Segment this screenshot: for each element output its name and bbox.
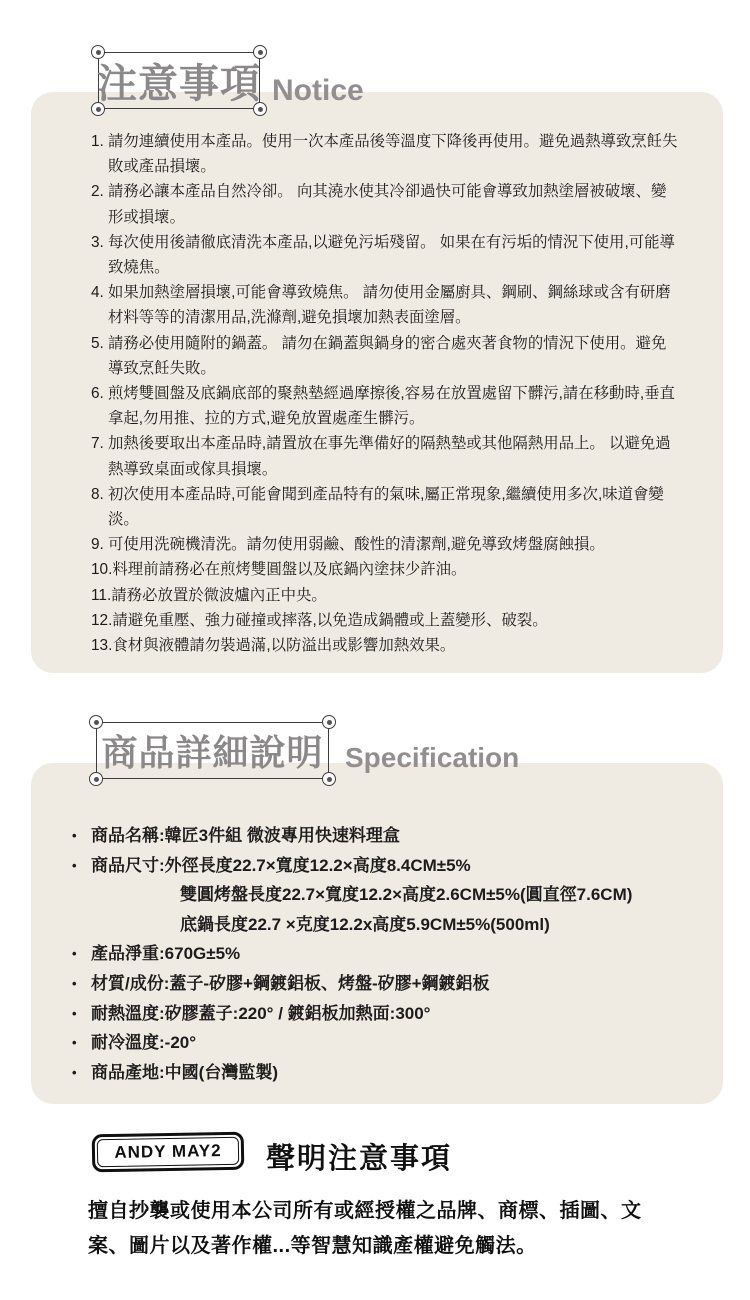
notice-item-text: 請務必放置於微波爐內正中央。 <box>111 583 679 608</box>
notice-item-number: 9. <box>91 532 108 557</box>
spec-line-text: 材質/成份:蓋子-矽膠+鋼鍍鋁板、烤盤-矽膠+鋼鍍鋁板 <box>91 969 682 999</box>
notice-item-number: 11. <box>91 583 111 608</box>
notice-item-text: 料理前請務必在煎烤雙圓盤以及底鍋內塗抹少許油。 <box>112 557 679 582</box>
notice-item-text: 可使用洗碗機清洗。請勿使用弱鹼、酸性的清潔劑,避免導致烤盤腐蝕損。 <box>108 532 679 557</box>
spec-line: •材質/成份:蓋子-矽膠+鋼鍍鋁板、烤盤-矽膠+鋼鍍鋁板 <box>72 969 682 999</box>
notice-item: 8.初次使用本產品時,可能會聞到產品特有的氣味,屬正常現象,繼續使用多次,味道會… <box>91 482 679 532</box>
notice-item-text: 煎烤雙圓盤及底鍋底部的聚熱墊經過摩擦後,容易在放置處留下髒污,請在移動時,垂直拿… <box>108 381 679 431</box>
notice-item-text: 請避免重壓、強力碰撞或摔落,以免造成鍋體或上蓋變形、破裂。 <box>112 608 679 633</box>
notice-item-number: 5. <box>91 331 108 381</box>
notice-item-number: 10. <box>91 557 112 582</box>
notice-item-number: 3. <box>91 230 108 280</box>
spec-line-text: 商品尺寸:外徑長度22.7×寬度12.2×高度8.4CM±5% <box>91 851 682 881</box>
notice-item-number: 1. <box>91 129 108 179</box>
spec-list: •商品名稱:韓匠3件組 微波專用快速料理盒•商品尺寸:外徑長度22.7×寬度12… <box>72 821 682 1087</box>
spec-line: 雙圓烤盤長度22.7×寬度12.2×高度2.6CM±5%(圓直徑7.6CM) <box>72 880 682 910</box>
spec-line-text: 產品淨重:670G±5% <box>91 939 682 969</box>
notice-title-en: Notice <box>272 74 364 108</box>
spec-title-frame: 商品詳細說明 <box>96 722 329 779</box>
notice-title-frame: 注意事項 <box>98 52 260 109</box>
spec-line: •商品名稱:韓匠3件組 微波專用快速料理盒 <box>72 821 682 851</box>
notice-item-number: 6. <box>91 381 108 431</box>
notice-item: 1.請勿連續使用本產品。使用一次本產品後等溫度下降後再使用。避免過熱導致烹飪失敗… <box>91 129 679 179</box>
spec-line-text: 商品名稱:韓匠3件組 微波專用快速料理盒 <box>91 821 682 851</box>
notice-item-text: 每次使用後請徹底清洗本產品,以避免污垢殘留。 如果在有污垢的情況下使用,可能導致… <box>108 230 679 280</box>
spec-line-text: 耐熱溫度:矽膠蓋子:220° / 鍍鋁板加熱面:300° <box>91 999 682 1029</box>
notice-item-number: 2. <box>91 179 108 229</box>
notice-item: 4.如果加熱塗層損壞,可能會導致燒焦。 請勿使用金屬廚具、鋼刷、鋼絲球或含有研磨… <box>91 280 679 330</box>
notice-item-number: 12. <box>91 608 112 633</box>
notice-item: 3.每次使用後請徹底清洗本產品,以避免污垢殘留。 如果在有污垢的情況下使用,可能… <box>91 230 679 280</box>
spec-title-en: Specification <box>345 742 519 774</box>
andymay2-logo-text: ANDY MAY2 <box>97 1137 239 1167</box>
spec-line-text: 雙圓烤盤長度22.7×寬度12.2×高度2.6CM±5%(圓直徑7.6CM) <box>180 880 682 910</box>
bullet-icon: • <box>72 851 91 881</box>
spec-line: •耐冷溫度:-20° <box>72 1028 682 1058</box>
spec-line: 底鍋長度22.7 ×克度12.2x高度5.9CM±5%(500ml) <box>72 910 682 940</box>
notice-item: 9.可使用洗碗機清洗。請勿使用弱鹼、酸性的清潔劑,避免導致烤盤腐蝕損。 <box>91 532 679 557</box>
notice-item-text: 加熱後要取出本產品時,請置放在事先準備好的隔熱墊或其他隔熱用品上。 以避免過熱導… <box>108 431 679 481</box>
spec-title: 商品詳細說明 <box>97 723 328 778</box>
notice-item: 12.請避免重壓、強力碰撞或摔落,以免造成鍋體或上蓋變形、破裂。 <box>91 608 679 633</box>
declaration-text: 擅自抄襲或使用本公司所有或經授權之品牌、商標、插圖、文案、圖片以及著作權...等… <box>88 1194 680 1264</box>
product-description-page: 注意事項 Notice 1.請勿連續使用本產品。使用一次本產品後等溫度下降後再使… <box>0 0 750 1300</box>
notice-item-number: 7. <box>91 431 108 481</box>
declaration-title: 聲明注意事項 <box>266 1136 452 1177</box>
notice-item-number: 4. <box>91 280 108 330</box>
notice-item: 13.食材與液體請勿裝過滿,以防溢出或影響加熱效果。 <box>91 633 679 658</box>
notice-list: 1.請勿連續使用本產品。使用一次本產品後等溫度下降後再使用。避免過熱導致烹飪失敗… <box>91 129 679 658</box>
notice-item-text: 請務必讓本產品自然冷卻。 向其澆水使其冷卻過快可能會導致加熱塗層被破壞、變形或損… <box>108 179 679 229</box>
notice-item-text: 請勿連續使用本產品。使用一次本產品後等溫度下降後再使用。避免過熱導致烹飪失敗或產… <box>108 129 679 179</box>
notice-item-text: 初次使用本產品時,可能會聞到產品特有的氣味,屬正常現象,繼續使用多次,味道會變淡… <box>108 482 679 532</box>
notice-title: 注意事項 <box>99 53 259 108</box>
notice-item: 6.煎烤雙圓盤及底鍋底部的聚熱墊經過摩擦後,容易在放置處留下髒污,請在移動時,垂… <box>91 381 679 431</box>
andymay2-logo: ANDY MAY2 <box>92 1132 245 1173</box>
spec-line-text: 耐冷溫度:-20° <box>91 1028 682 1058</box>
bullet-icon: • <box>72 821 91 851</box>
notice-item: 10.料理前請務必在煎烤雙圓盤以及底鍋內塗抹少許油。 <box>91 557 679 582</box>
spec-line: •產品淨重:670G±5% <box>72 939 682 969</box>
spec-line: •商品產地:中國(台灣監製) <box>72 1058 682 1088</box>
bullet-icon: • <box>72 1058 91 1088</box>
spec-line-text: 商品產地:中國(台灣監製) <box>91 1058 682 1088</box>
spec-line-text: 底鍋長度22.7 ×克度12.2x高度5.9CM±5%(500ml) <box>180 910 682 940</box>
bullet-icon: • <box>72 1028 91 1058</box>
notice-item-text: 請務必使用隨附的鍋蓋。 請勿在鍋蓋與鍋身的密合處夾著食物的情況下使用。避免導致烹… <box>108 331 679 381</box>
bullet-icon: • <box>72 939 91 969</box>
spec-line: •商品尺寸:外徑長度22.7×寬度12.2×高度8.4CM±5% <box>72 851 682 881</box>
bullet-icon: • <box>72 969 91 999</box>
notice-item: 2.請務必讓本產品自然冷卻。 向其澆水使其冷卻過快可能會導致加熱塗層被破壞、變形… <box>91 179 679 229</box>
notice-item-number: 13. <box>91 633 112 658</box>
notice-item: 11.請務必放置於微波爐內正中央。 <box>91 583 679 608</box>
notice-item: 5.請務必使用隨附的鍋蓋。 請勿在鍋蓋與鍋身的密合處夾著食物的情況下使用。避免導… <box>91 331 679 381</box>
bullet-icon: • <box>72 999 91 1029</box>
notice-item-text: 如果加熱塗層損壞,可能會導致燒焦。 請勿使用金屬廚具、鋼刷、鋼絲球或含有研磨材料… <box>108 280 679 330</box>
notice-item-number: 8. <box>91 482 108 532</box>
spec-line: •耐熱溫度:矽膠蓋子:220° / 鍍鋁板加熱面:300° <box>72 999 682 1029</box>
notice-item: 7.加熱後要取出本產品時,請置放在事先準備好的隔熱墊或其他隔熱用品上。 以避免過… <box>91 431 679 481</box>
notice-item-text: 食材與液體請勿裝過滿,以防溢出或影響加熱效果。 <box>112 633 679 658</box>
